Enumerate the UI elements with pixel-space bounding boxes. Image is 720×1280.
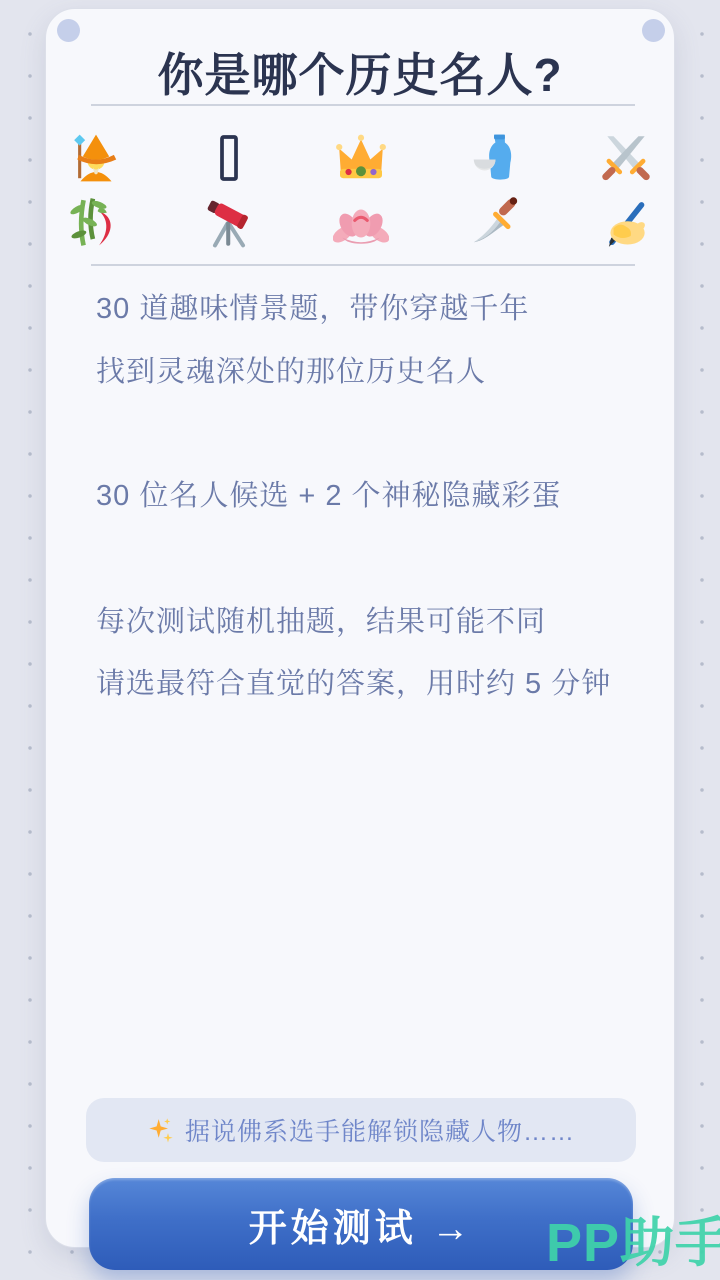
hint-text: 据说佛系选手能解锁隐藏人物……	[185, 1112, 575, 1148]
crown-emoji-icon	[311, 129, 411, 187]
missing-glyph-icon	[179, 129, 279, 187]
intro-line: 请选最符合直觉的答案，用时约 5 分钟	[96, 661, 611, 702]
intro-line: 30 位名人候选 + 2 个神秘隐藏彩蛋	[96, 473, 562, 514]
intro-line: 每次测试随机抽题，结果可能不同	[96, 599, 546, 640]
app-background: 你是哪个历史名人?	[0, 0, 720, 1280]
mage-emoji-icon	[46, 129, 146, 187]
hint-banner: 据说佛系选手能解锁隐藏人物……	[86, 1098, 636, 1162]
page-title: 你是哪个历史名人?	[46, 39, 674, 105]
divider	[91, 104, 635, 106]
crossed-swords-emoji-icon	[576, 129, 676, 187]
bamboo-chili-emoji-icon	[46, 193, 146, 251]
divider	[91, 264, 635, 266]
pp-assistant-watermark: PP助手	[546, 1200, 720, 1277]
writing-hand-emoji-icon	[576, 193, 676, 251]
emoji-row-2	[46, 193, 676, 251]
sake-bottle-emoji-icon	[444, 129, 544, 187]
intro-line: 找到灵魂深处的那位历史名人	[96, 349, 486, 390]
intro-line: 30 道趣味情景题，带你穿越千年	[96, 286, 529, 327]
sparkles-icon	[147, 1116, 175, 1144]
quiz-intro-card: 你是哪个历史名人?	[45, 8, 675, 1248]
telescope-emoji-icon	[179, 193, 279, 251]
dagger-emoji-icon	[444, 193, 544, 251]
lotus-emoji-icon	[311, 193, 411, 251]
emoji-row-1	[46, 129, 676, 187]
